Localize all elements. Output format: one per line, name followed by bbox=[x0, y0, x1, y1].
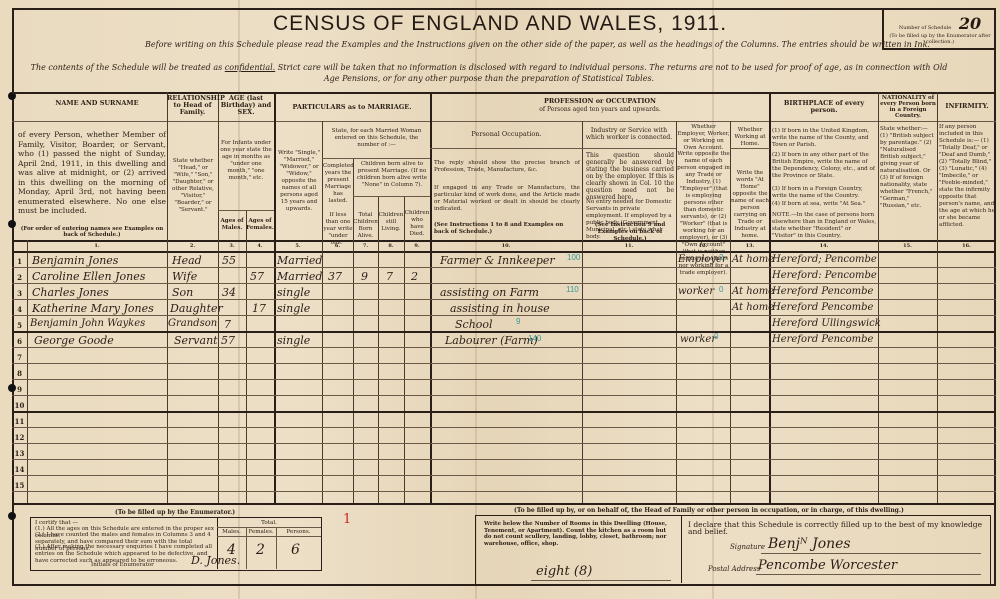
address-line bbox=[756, 574, 981, 575]
grid-line bbox=[218, 210, 274, 211]
grid-line bbox=[12, 121, 996, 122]
cell-name[interactable]: George Goode bbox=[34, 334, 114, 347]
cell-occupation[interactable]: Labourer (Farm) bbox=[445, 334, 538, 347]
punch-hole bbox=[8, 220, 16, 228]
cell-name[interactable]: Charles Jones bbox=[32, 286, 109, 299]
declaration-text: I declare that this Schedule is correctl… bbox=[688, 521, 988, 535]
column-heading-nationality: NATIONALITY of every Person born in a Fo… bbox=[879, 95, 937, 119]
column-heading-profession: PROFESSION or OCCUPATION bbox=[430, 98, 770, 105]
column-number: 16. bbox=[937, 243, 996, 249]
cell-marital[interactable]: single bbox=[277, 302, 310, 315]
column-number: 5. bbox=[274, 243, 322, 249]
cell-age-female[interactable]: 17 bbox=[252, 302, 266, 315]
column-number: 15. bbox=[878, 243, 937, 249]
row-line bbox=[12, 475, 996, 476]
grid-line bbox=[681, 516, 682, 583]
column-note-years: If less than one year write "under one." bbox=[323, 212, 353, 247]
total-persons[interactable]: 6 bbox=[291, 542, 300, 558]
cell-at-home[interactable]: At home bbox=[732, 286, 774, 297]
males-label: Males. bbox=[217, 529, 246, 536]
grid-line bbox=[167, 92, 168, 503]
column-desc-birthplace-4: (4) If born at sea, write "At Sea." bbox=[772, 201, 876, 208]
signature-value[interactable]: Benjᴺ Jones bbox=[768, 536, 851, 552]
grid-line bbox=[322, 158, 430, 159]
column-desc-children: Children born alive to present Marriage.… bbox=[354, 161, 430, 189]
column-heading-children-living: Children still Living. bbox=[378, 212, 404, 233]
signature-line bbox=[761, 553, 981, 554]
column-number: 14. bbox=[770, 243, 878, 249]
cell-birthplace[interactable]: Hereford Pencombe bbox=[772, 334, 873, 345]
column-number: 7. bbox=[353, 243, 378, 249]
cell-relationship[interactable]: Daughter bbox=[170, 302, 223, 315]
column-desc-nationality: State whether:— (1) "British subject by … bbox=[880, 126, 936, 210]
row-number: 8 bbox=[12, 369, 27, 378]
cell-name[interactable]: Benjamin Jones bbox=[32, 254, 118, 267]
row-line bbox=[12, 331, 996, 333]
row-number: 15 bbox=[12, 481, 27, 490]
confidential-suffix: Strict care will be taken that no inform… bbox=[275, 63, 947, 83]
cell-birthplace[interactable]: Hereford Ullingswick bbox=[772, 318, 881, 329]
column-desc-birthplace-2: (2) If born in any other part of the Bri… bbox=[772, 152, 876, 180]
cell-occupation[interactable]: Farmer & Innkeeper bbox=[440, 254, 555, 267]
cell-marital[interactable]: Married bbox=[277, 270, 322, 283]
grid-line bbox=[430, 92, 432, 503]
column-desc-occupation-2: If engaged in any Trade or Manufacture, … bbox=[434, 185, 580, 213]
cell-employer-code: 0 bbox=[719, 285, 723, 294]
column-heading-personal-occupation: Personal Occupation. bbox=[431, 131, 582, 138]
cell-employer-code: 2 bbox=[719, 253, 723, 262]
row-number: 14 bbox=[12, 465, 27, 474]
column-heading-children-died: Children who have Died. bbox=[404, 210, 430, 238]
cell-at-home[interactable]: At home bbox=[732, 254, 774, 265]
females-label: Females. bbox=[246, 529, 276, 536]
row-line bbox=[12, 379, 996, 380]
cell-employer[interactable]: worker bbox=[678, 286, 714, 297]
cell-at-home[interactable]: At home bbox=[732, 302, 774, 313]
column-ref-industry: (See Instruction 9 and Examples on back … bbox=[586, 222, 674, 243]
column-desc-married-woman: State, for each Married Woman entered on… bbox=[323, 128, 430, 149]
cell-occupation[interactable]: School bbox=[455, 318, 493, 331]
column-number: 4. bbox=[246, 243, 274, 249]
column-heading-infirmity: INFIRMITY. bbox=[938, 103, 996, 110]
rooms-instruction: Write below the Number of Rooms in this … bbox=[484, 521, 674, 547]
cell-occupation[interactable]: assisting on Farm bbox=[440, 286, 539, 299]
cell-name[interactable]: Benjamin John Waykes bbox=[30, 318, 145, 329]
cell-birthplace[interactable]: Hereford Pencombe bbox=[772, 286, 873, 297]
cell-occupation-code: 110 bbox=[566, 285, 579, 294]
row-number: 7 bbox=[12, 353, 27, 362]
row-number: 5 bbox=[12, 321, 27, 330]
column-desc-at-home: Write the words "At Home" opposite the n… bbox=[731, 170, 769, 240]
column-number: 10. bbox=[430, 243, 582, 249]
column-desc-infirmity: If any person included in this Schedule … bbox=[939, 124, 995, 229]
cell-marital[interactable]: Married bbox=[277, 254, 322, 267]
grid-line bbox=[217, 527, 321, 528]
column-heading-males: Ages of Males. bbox=[218, 218, 246, 232]
cell-years-married[interactable]: 37 bbox=[328, 270, 342, 283]
column-number: 11. bbox=[582, 243, 676, 249]
signature-label: Signature bbox=[730, 544, 765, 551]
grid-line bbox=[582, 148, 676, 149]
grid-line bbox=[730, 148, 770, 149]
cell-age-male[interactable]: 7 bbox=[224, 318, 231, 331]
column-note-name: (For order of entering names see Example… bbox=[18, 226, 166, 238]
head-of-family-heading: (To be filled up by, or on behalf of, th… bbox=[514, 507, 904, 514]
cell-name[interactable]: Caroline Ellen Jones bbox=[32, 270, 145, 283]
row-line bbox=[12, 283, 996, 284]
total-females[interactable]: 2 bbox=[256, 542, 265, 558]
row-line bbox=[12, 299, 996, 300]
schedule-number-value[interactable]: 20 bbox=[959, 14, 981, 33]
column-number: 8. bbox=[378, 243, 404, 249]
column-number: 12. bbox=[676, 243, 730, 249]
grid-line bbox=[12, 92, 996, 94]
row-number: 10 bbox=[12, 401, 27, 410]
grid-line bbox=[12, 251, 996, 253]
grid-line bbox=[582, 121, 583, 503]
row-line bbox=[12, 427, 996, 428]
column-number: 9. bbox=[404, 243, 430, 249]
column-heading-marriage: PARTICULARS as to MARRIAGE. bbox=[274, 104, 430, 111]
column-desc-industry: This question should generally be answer… bbox=[586, 152, 674, 201]
postal-address-value[interactable]: Pencombe Worcester bbox=[758, 558, 897, 573]
row-line bbox=[12, 459, 996, 460]
column-desc-birthplace-3: (3) If born in a Foreign Country, write … bbox=[772, 186, 876, 200]
row-number: 12 bbox=[12, 433, 27, 442]
grid-line bbox=[878, 92, 879, 503]
row-line bbox=[12, 411, 996, 413]
column-desc-age: For Infants under one year state the age… bbox=[219, 140, 273, 182]
column-heading-industry: Industry or Service with which worker is… bbox=[584, 127, 674, 141]
total-males[interactable]: 4 bbox=[227, 542, 236, 558]
cell-age-male[interactable]: 57 bbox=[221, 334, 235, 347]
cell-employer-code: 0 bbox=[714, 332, 718, 341]
cell-children-living[interactable]: 7 bbox=[386, 270, 393, 283]
column-heading-at-home: Whether Working at Home. bbox=[731, 127, 769, 148]
schedule-note: (To be filled up by the Enumerator after… bbox=[884, 33, 996, 45]
postal-address-label: Postal Address bbox=[708, 566, 760, 573]
cell-relationship[interactable]: Servant bbox=[174, 334, 218, 347]
cell-age-male[interactable]: 34 bbox=[222, 286, 236, 299]
grid-line bbox=[12, 503, 996, 505]
column-desc-years: Completed years the present Marriage has… bbox=[323, 163, 353, 205]
cell-relationship[interactable]: Wife bbox=[172, 270, 197, 283]
enumerator-box: I certify that — (1.) All the ages on th… bbox=[30, 517, 322, 571]
cell-birthplace[interactable]: Hereford: Pencombe bbox=[772, 270, 877, 281]
red-check-mark: 1 bbox=[343, 512, 351, 527]
cell-occupation-code: 100 bbox=[567, 253, 580, 262]
grid-line bbox=[353, 196, 430, 197]
row-number: 3 bbox=[12, 289, 27, 298]
row-line bbox=[12, 347, 996, 348]
head-of-family-box: Write below the Number of Rooms in this … bbox=[475, 515, 991, 585]
cell-marital[interactable]: single bbox=[277, 286, 310, 299]
row-number: 2 bbox=[12, 273, 27, 282]
row-number: 6 bbox=[12, 337, 27, 346]
grid-line bbox=[430, 148, 582, 149]
rooms-underline bbox=[531, 580, 671, 581]
column-heading-age: AGE (last Birthday) and SEX. bbox=[218, 95, 274, 116]
column-note-birthplace: NOTE.—In the case of persons born elsewh… bbox=[772, 212, 876, 240]
column-heading-relationship: RELATIONSHIP to Head of Family. bbox=[167, 95, 218, 116]
row-number: 11 bbox=[12, 417, 27, 426]
instructions-line: Before writing on this Schedule please r… bbox=[145, 40, 930, 49]
column-subheading-profession: of Persons aged ten years and upwards. bbox=[430, 106, 770, 113]
schedule-number-label: Number of Schedule bbox=[899, 25, 951, 31]
cell-relationship[interactable]: Son bbox=[172, 286, 193, 299]
cell-relationship[interactable]: Head bbox=[172, 254, 202, 267]
grid-line bbox=[937, 92, 938, 503]
persons-label: Persons. bbox=[276, 529, 321, 536]
cell-relationship[interactable]: Grandson bbox=[168, 318, 217, 329]
form-title: CENSUS OF ENGLAND AND WALES, 1911. bbox=[0, 12, 1000, 36]
cell-age-male[interactable]: 55 bbox=[222, 254, 236, 267]
initials-label: Initials of Enumerator bbox=[91, 562, 161, 569]
row-line bbox=[12, 395, 996, 396]
cell-children-died[interactable]: 2 bbox=[411, 270, 418, 283]
column-heading-females: Ages of Females. bbox=[246, 218, 274, 232]
cell-occupation[interactable]: assisting in house bbox=[450, 302, 550, 315]
column-desc-birthplace-1: (1) If born in the United Kingdom, write… bbox=[772, 128, 876, 149]
census-form-page: CENSUS OF ENGLAND AND WALES, 1911. Befor… bbox=[0, 0, 1000, 599]
enumerator-heading: (To be filled up by the Enumerator.) bbox=[115, 509, 235, 516]
punch-hole bbox=[8, 512, 16, 520]
grid-line bbox=[769, 92, 771, 503]
confidential-word: confidential. bbox=[225, 63, 275, 72]
row-line bbox=[12, 443, 996, 444]
column-desc-marital: Write "Single," "Married," "Widower," or… bbox=[276, 150, 322, 213]
row-number: 9 bbox=[12, 385, 27, 394]
schedule-number-box: Number of Schedule 20 (To be filled up b… bbox=[882, 8, 996, 50]
row-number: 1 bbox=[12, 257, 27, 266]
cell-children-total[interactable]: 9 bbox=[361, 270, 368, 283]
column-desc-occupation-1: The reply should show the precise branch… bbox=[434, 160, 580, 174]
column-desc-occupation-3: (See Instructions 1 to 8 and Examples on… bbox=[434, 222, 580, 236]
grid-line bbox=[217, 536, 321, 537]
column-number: 13. bbox=[730, 243, 770, 249]
row-line bbox=[12, 363, 996, 364]
row-line bbox=[12, 491, 996, 492]
confidentiality-note: The contents of the Schedule will be tre… bbox=[24, 62, 954, 84]
column-desc-name: of every Person, whether Member of Famil… bbox=[18, 130, 166, 216]
column-heading-total-children: Total Children Born Alive. bbox=[353, 212, 378, 240]
column-heading-birthplace: BIRTHPLACE of every person. bbox=[770, 100, 878, 114]
rooms-count[interactable]: eight (8) bbox=[536, 564, 592, 579]
grid-line bbox=[27, 240, 28, 503]
total-label: Total. bbox=[217, 520, 321, 527]
grid-line bbox=[12, 240, 996, 242]
row-number: 4 bbox=[12, 305, 27, 314]
cell-occupation-code: 140 bbox=[528, 334, 541, 343]
column-number: 6. bbox=[322, 243, 353, 249]
column-heading-employer: Whether Employer, Worker, or Working on … bbox=[677, 124, 730, 152]
cell-birthplace[interactable]: Hereford Pencombe bbox=[772, 302, 873, 313]
cell-employer[interactable]: worker bbox=[680, 334, 716, 345]
cell-name[interactable]: Katherine Mary Jones bbox=[32, 302, 154, 315]
cell-birthplace[interactable]: Hereford; Pencombe bbox=[772, 254, 877, 265]
row-line bbox=[12, 315, 996, 316]
confidential-prefix: The contents of the Schedule will be tre… bbox=[31, 63, 225, 72]
cell-age-female[interactable]: 57 bbox=[250, 270, 264, 283]
row-line bbox=[12, 267, 996, 268]
cell-marital[interactable]: single bbox=[277, 334, 310, 347]
column-number: 2. bbox=[167, 243, 218, 249]
column-number: 1. bbox=[27, 243, 167, 249]
column-number: 3. bbox=[218, 243, 246, 249]
column-heading-name: NAME AND SURNAME bbox=[27, 100, 167, 107]
row-number: 13 bbox=[12, 449, 27, 458]
column-desc-relationship: State whether "Head," or "Wife," "Son," … bbox=[168, 158, 218, 214]
cell-occupation-code: 9 bbox=[516, 317, 520, 326]
